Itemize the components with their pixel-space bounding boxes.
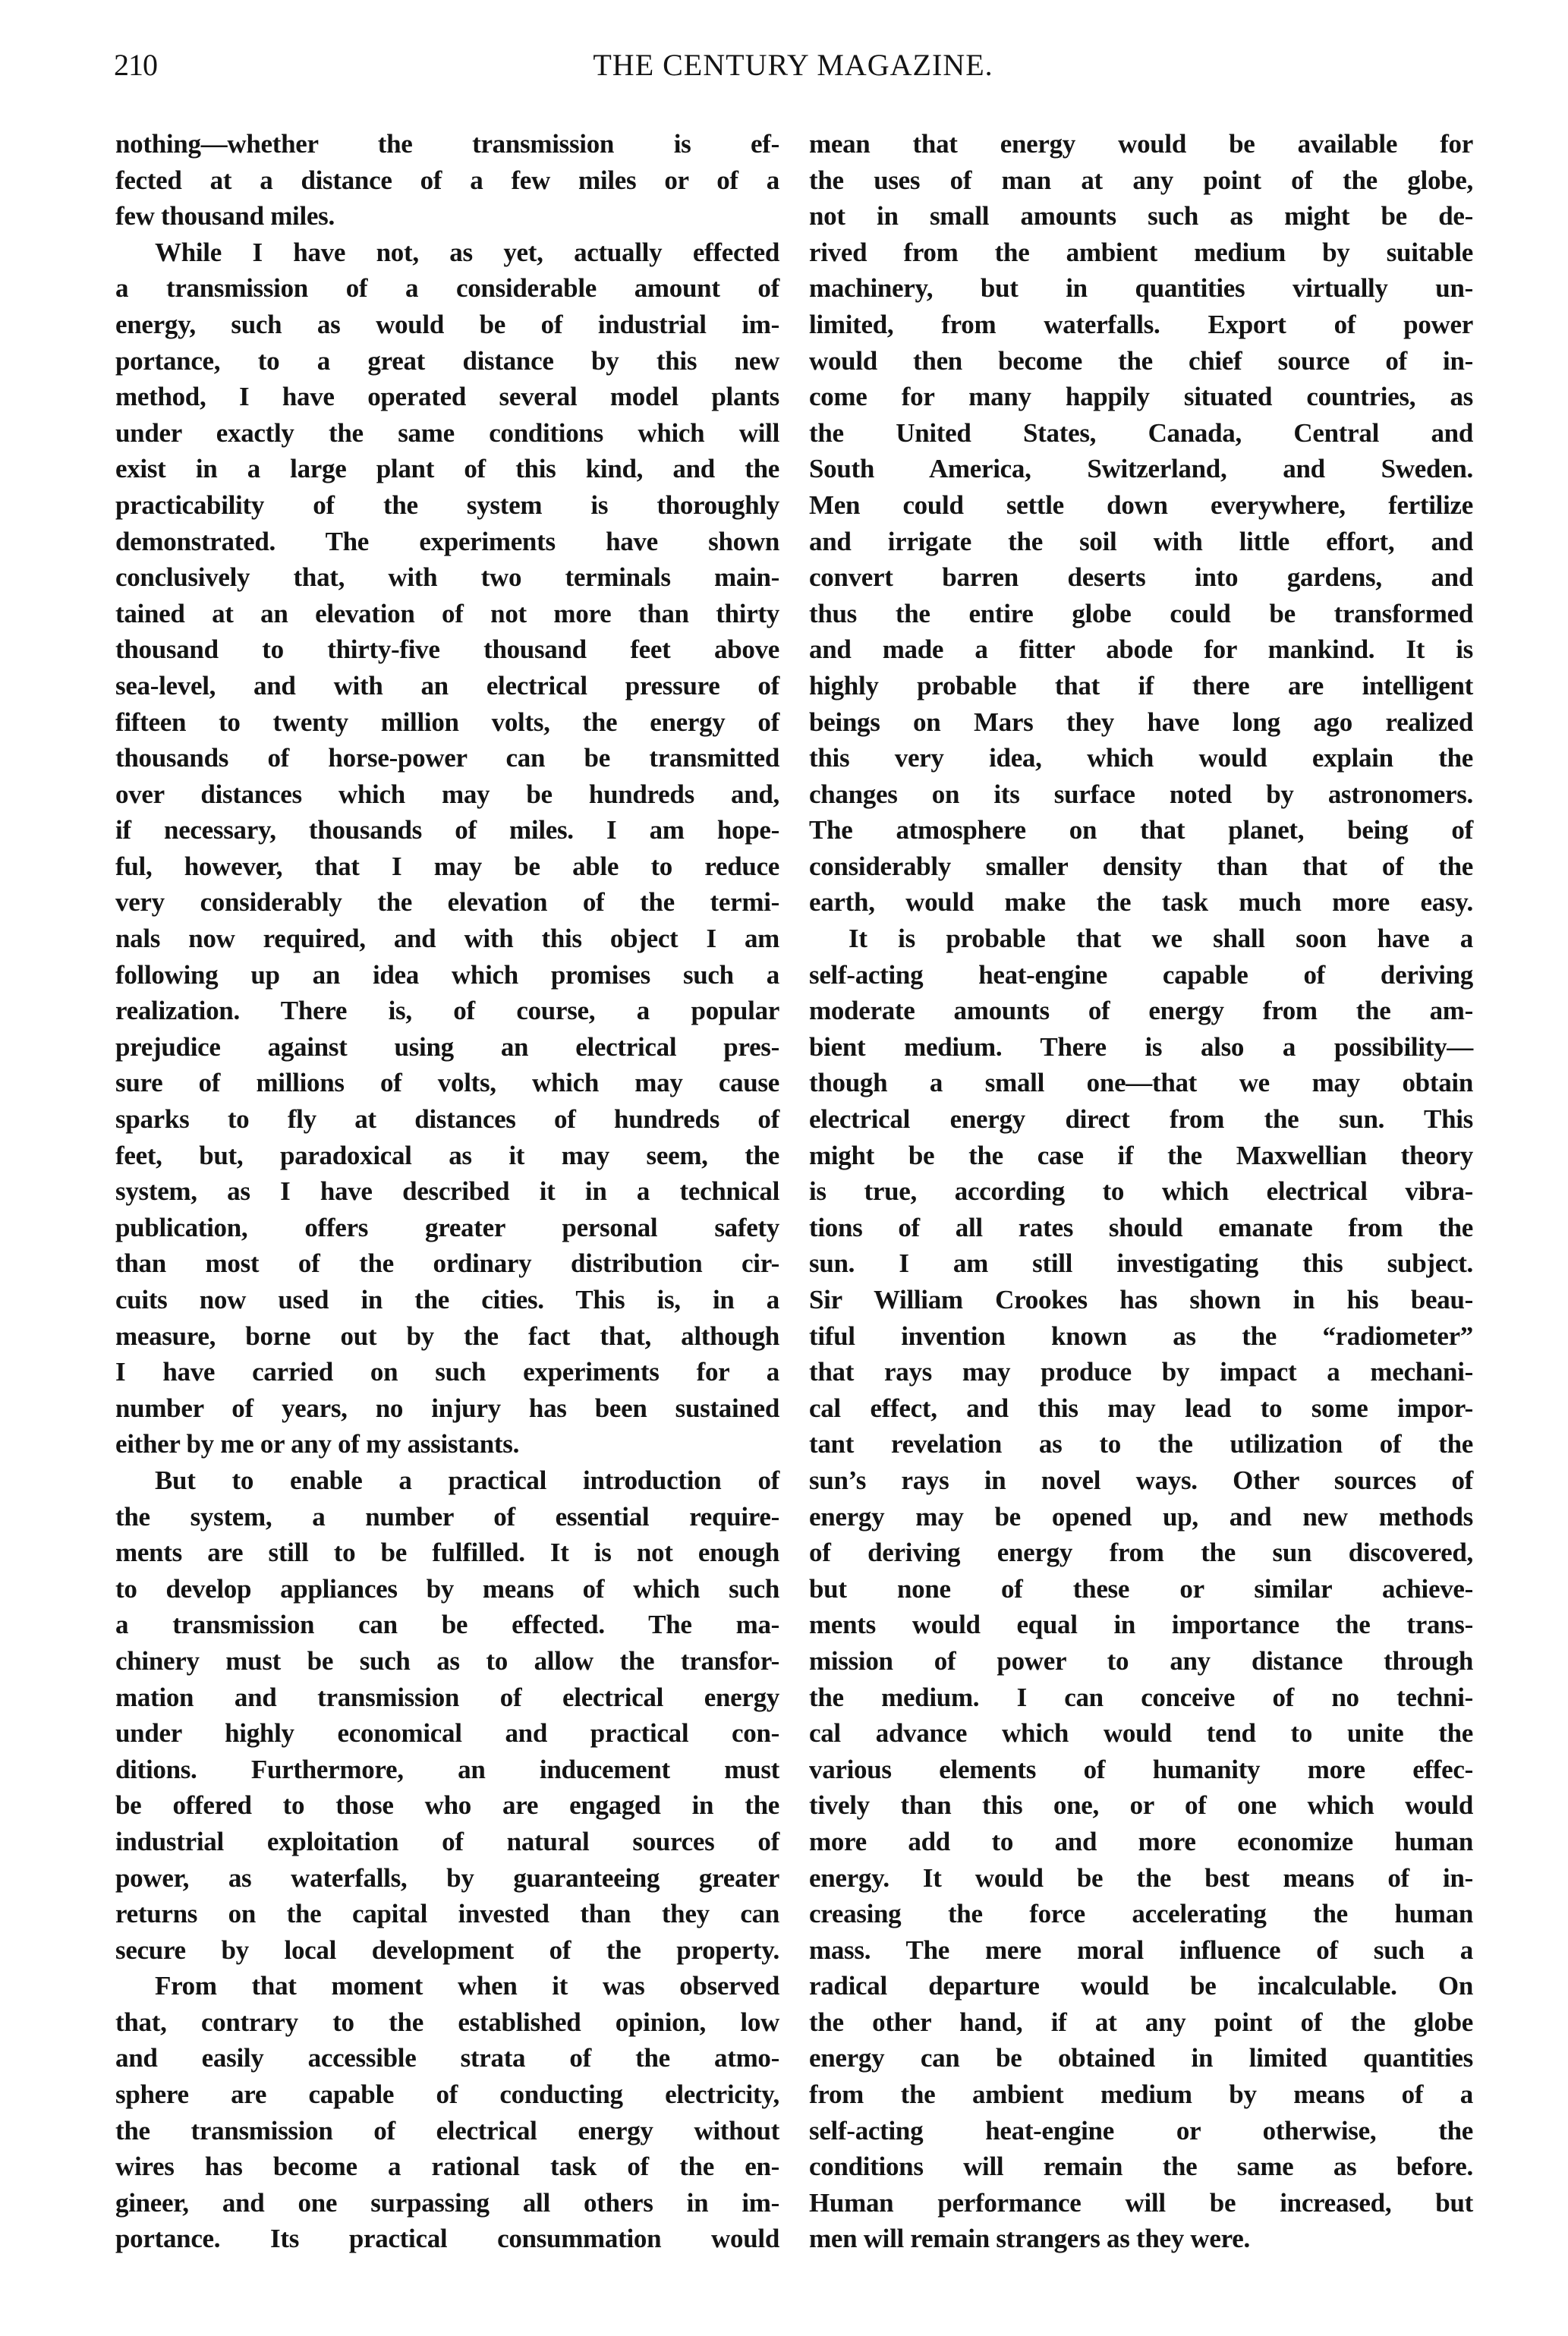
text-line: over distances which may be hundreds and…	[115, 776, 779, 813]
text-line: tively than this one, or of one which wo…	[809, 1787, 1473, 1824]
text-line: gineer, and one surpassing all others in…	[115, 2185, 779, 2221]
text-line: power, as waterfalls, by guaranteeing gr…	[115, 1860, 779, 1897]
text-line: feet, but, paradoxical as it may seem, t…	[115, 1138, 779, 1174]
text-line: moderate amounts of energy from the am-	[809, 993, 1473, 1029]
text-line: bient medium. There is also a possibilit…	[809, 1029, 1473, 1066]
text-line: sphere are capable of conducting electri…	[115, 2076, 779, 2113]
text-line: energy can be obtained in limited quanti…	[809, 2040, 1473, 2076]
text-line: radical departure would be incalculable.…	[809, 1968, 1473, 2004]
text-line: publication, offers greater personal saf…	[115, 1210, 779, 1246]
text-line: energy may be opened up, and new methods	[809, 1499, 1473, 1535]
text-line: men will remain strangers as they were.	[809, 2221, 1473, 2257]
text-line: energy. It would be the best means of in…	[809, 1860, 1473, 1897]
text-line: a transmission of a considerable amount …	[115, 270, 779, 307]
text-line: secure by local development of the prope…	[115, 1932, 779, 1969]
text-line: returns on the capital invested than the…	[115, 1896, 779, 1932]
text-line: South America, Switzerland, and Sweden.	[809, 451, 1473, 487]
text-line: from the ambient medium by means of a	[809, 2076, 1473, 2113]
page-header: 210 THE CENTURY MAGAZINE.	[114, 47, 1472, 93]
right-column: mean that energy would be available fort…	[809, 126, 1473, 2257]
text-line: mission of power to any distance through	[809, 1643, 1473, 1680]
text-line: under highly economical and practical co…	[115, 1715, 779, 1752]
text-line: earth, would make the task much more eas…	[809, 884, 1473, 921]
text-line: self-acting heat-engine capable of deriv…	[809, 957, 1473, 993]
text-line: than most of the ordinary distribution c…	[115, 1245, 779, 1282]
text-line: ments are still to be fulfilled. It is n…	[115, 1535, 779, 1571]
text-line: I have carried on such experiments for a	[115, 1354, 779, 1390]
text-line: and easily accessible strata of the atmo…	[115, 2040, 779, 2076]
text-line: under exactly the same conditions which …	[115, 415, 779, 452]
text-line: creasing the force accelerating the huma…	[809, 1896, 1473, 1932]
text-line: sea-level, and with an electrical pressu…	[115, 668, 779, 704]
text-line: tained at an elevation of not more than …	[115, 596, 779, 632]
text-line: wires has become a rational task of the …	[115, 2149, 779, 2185]
text-line: ments would equal in importance the tran…	[809, 1607, 1473, 1643]
text-line: Sir William Crookes has shown in his bea…	[809, 1282, 1473, 1318]
text-line: ditions. Furthermore, an inducement must	[115, 1752, 779, 1788]
text-line: system, as I have described it in a tech…	[115, 1173, 779, 1210]
text-line: portance. Its practical consummation wou…	[115, 2221, 779, 2257]
text-line: self-acting heat-engine or otherwise, th…	[809, 2113, 1473, 2149]
text-line: It is probable that we shall soon have a	[809, 921, 1473, 957]
text-line: few thousand miles.	[115, 198, 779, 235]
text-line: the transmission of electrical energy wi…	[115, 2113, 779, 2149]
text-line: electrical energy direct from the sun. T…	[809, 1101, 1473, 1138]
text-line: of deriving energy from the sun discover…	[809, 1535, 1473, 1571]
text-line: very considerably the elevation of the t…	[115, 884, 779, 921]
text-line: that, contrary to the established opinio…	[115, 2004, 779, 2041]
text-line: a transmission can be effected. The ma-	[115, 1607, 779, 1643]
text-line: though a small one—that we may obtain	[809, 1065, 1473, 1101]
text-line: exist in a large plant of this kind, and…	[115, 451, 779, 487]
text-line: highly probable that if there are intell…	[809, 668, 1473, 704]
text-line: method, I have operated several model pl…	[115, 379, 779, 415]
text-line: machinery, but in quantities virtually u…	[809, 270, 1473, 307]
text-line: prejudice against using an electrical pr…	[115, 1029, 779, 1066]
text-line: sun. I am still investigating this subje…	[809, 1245, 1473, 1282]
text-line: fected at a distance of a few miles or o…	[115, 162, 779, 199]
text-line: the medium. I can conceive of no techni-	[809, 1680, 1473, 1716]
text-line: Human performance will be increased, but	[809, 2185, 1473, 2221]
text-line: conditions will remain the same as befor…	[809, 2149, 1473, 2185]
text-line: tiful invention known as the “radiometer…	[809, 1318, 1473, 1355]
text-line: either by me or any of my assistants.	[115, 1426, 779, 1462]
text-line: various elements of humanity more effec-	[809, 1752, 1473, 1788]
text-line: While I have not, as yet, actually effec…	[115, 235, 779, 271]
text-line: is true, according to which electrical v…	[809, 1173, 1473, 1210]
text-line: not in small amounts such as might be de…	[809, 198, 1473, 235]
text-line: measure, borne out by the fact that, alt…	[115, 1318, 779, 1355]
running-title: THE CENTURY MAGAZINE.	[114, 47, 1472, 83]
text-line: more add to and more economize human	[809, 1824, 1473, 1860]
text-line: tions of all rates should emanate from t…	[809, 1210, 1473, 1246]
text-line: the other hand, if at any point of the g…	[809, 2004, 1473, 2041]
text-line: be offered to those who are engaged in t…	[115, 1787, 779, 1824]
text-line: Men could settle down everywhere, fertil…	[809, 487, 1473, 524]
text-line: But to enable a practical introduction o…	[115, 1462, 779, 1499]
text-line: portance, to a great distance by this ne…	[115, 343, 779, 379]
text-line: mation and transmission of electrical en…	[115, 1680, 779, 1716]
text-line: the United States, Canada, Central and	[809, 415, 1473, 452]
text-line: might be the case if the Maxwellian theo…	[809, 1138, 1473, 1174]
text-line: chinery must be such as to allow the tra…	[115, 1643, 779, 1680]
text-line: industrial exploitation of natural sourc…	[115, 1824, 779, 1860]
text-line: tant revelation as to the utilization of…	[809, 1426, 1473, 1462]
text-line: to develop appliances by means of which …	[115, 1571, 779, 1607]
text-line: come for many happily situated countries…	[809, 379, 1473, 415]
text-line: sun’s rays in novel ways. Other sources …	[809, 1462, 1473, 1499]
text-line: practicability of the system is thorough…	[115, 487, 779, 524]
text-line: sure of millions of volts, which may cau…	[115, 1065, 779, 1101]
text-line: considerably smaller density than that o…	[809, 848, 1473, 885]
text-line: cal effect, and this may lead to some im…	[809, 1390, 1473, 1427]
text-line: sparks to fly at distances of hundreds o…	[115, 1101, 779, 1138]
text-line: and made a fitter abode for mankind. It …	[809, 631, 1473, 668]
text-line: that rays may produce by impact a mechan…	[809, 1354, 1473, 1390]
text-line: limited, from waterfalls. Export of powe…	[809, 307, 1473, 343]
text-line: this very idea, which would explain the	[809, 740, 1473, 776]
text-line: the uses of man at any point of the glob…	[809, 162, 1473, 199]
text-line: The atmosphere on that planet, being of	[809, 812, 1473, 848]
text-line: cuits now used in the cities. This is, i…	[115, 1282, 779, 1318]
text-line: fifteen to twenty million volts, the ene…	[115, 704, 779, 741]
text-line: conclusively that, with two terminals ma…	[115, 559, 779, 596]
text-line: thus the entire globe could be transform…	[809, 596, 1473, 632]
text-line: realization. There is, of course, a popu…	[115, 993, 779, 1029]
text-line: but none of these or similar achieve-	[809, 1571, 1473, 1607]
text-line: thousands of horse-power can be transmit…	[115, 740, 779, 776]
text-line: rived from the ambient medium by suitabl…	[809, 235, 1473, 271]
text-line: demonstrated. The experiments have shown	[115, 524, 779, 560]
text-line: nothing—whether the transmission is ef-	[115, 126, 779, 162]
text-line: number of years, no injury has been sust…	[115, 1390, 779, 1427]
text-line: ful, however, that I may be able to redu…	[115, 848, 779, 885]
text-line: would then become the chief source of in…	[809, 343, 1473, 379]
text-line: the system, a number of essential requir…	[115, 1499, 779, 1535]
text-line: nals now required, and with this object …	[115, 921, 779, 957]
text-line: thousand to thirty-five thousand feet ab…	[115, 631, 779, 668]
text-line: cal advance which would tend to unite th…	[809, 1715, 1473, 1752]
text-line: energy, such as would be of industrial i…	[115, 307, 779, 343]
text-line: and irrigate the soil with little effort…	[809, 524, 1473, 560]
text-line: From that moment when it was observed	[115, 1968, 779, 2004]
text-line: mean that energy would be available for	[809, 126, 1473, 162]
text-line: if necessary, thousands of miles. I am h…	[115, 812, 779, 848]
text-line: following up an idea which promises such…	[115, 957, 779, 993]
text-line: beings on Mars they have long ago realiz…	[809, 704, 1473, 741]
text-line: convert barren deserts into gardens, and	[809, 559, 1473, 596]
left-column: nothing—whether the transmission is ef-f…	[115, 126, 779, 2257]
text-line: mass. The mere moral influence of such a	[809, 1932, 1473, 1969]
text-line: changes on its surface noted by astronom…	[809, 776, 1473, 813]
